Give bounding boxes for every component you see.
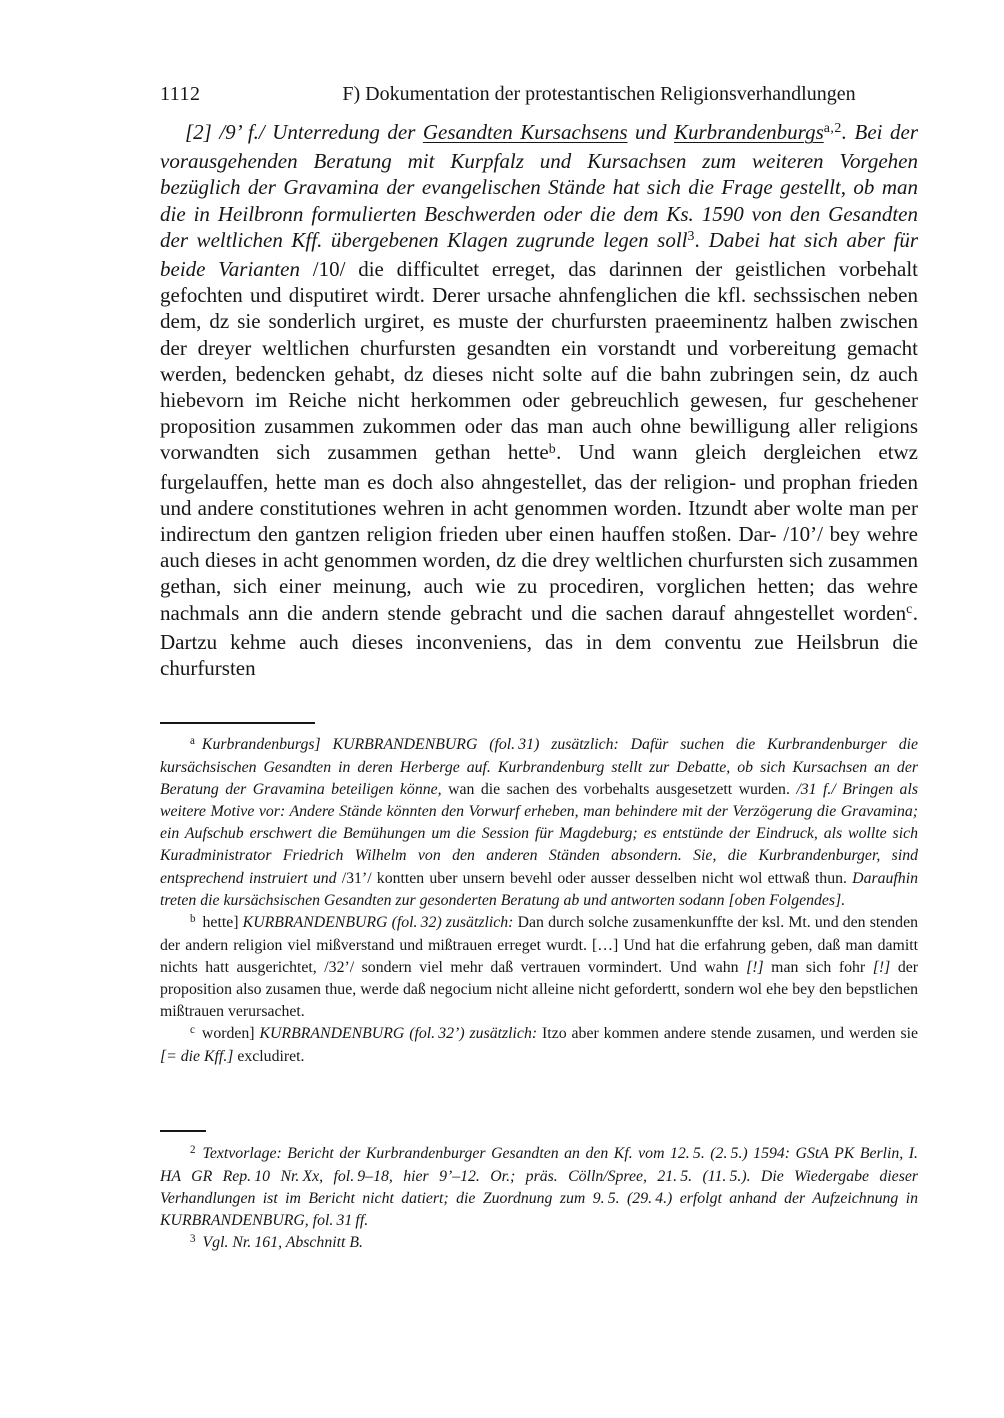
- footnote-2-marker: 2: [190, 1144, 196, 1156]
- footnote-c: cworden] KURBRANDENBURG (fol. 32’) zusät…: [160, 1023, 918, 1068]
- footnotes-letters-block: aKurbrandenburgs] KURBRANDENBURG (fol. 3…: [160, 734, 918, 1132]
- footnote-b-text: hette] KURBRANDENBURG (fol. 32) zusätzli…: [160, 914, 918, 1020]
- footnotes-numbers-block: 2Textvorlage: Bericht der Kurbrandenburg…: [160, 1143, 918, 1273]
- footnote-2: 2Textvorlage: Bericht der Kurbrandenburg…: [160, 1143, 918, 1232]
- footnote-2-text: Textvorlage: Bericht der Kurbrandenburge…: [160, 1145, 918, 1229]
- footnote-b: bhette] KURBRANDENBURG (fol. 32) zusätzl…: [160, 912, 918, 1023]
- footnote-separator-letters: [160, 722, 315, 724]
- book-page: 1112 F) Dokumentation der protestantisch…: [0, 0, 1004, 1418]
- page-number: 1112: [160, 82, 280, 106]
- footnote-a: aKurbrandenburgs] KURBRANDENBURG (fol. 3…: [160, 734, 918, 912]
- body-paragraph: [2] /9’ f./ Unterredung der Gesandten Ku…: [160, 119, 918, 704]
- footnote-3: 3Vgl. Nr. 161, Abschnitt B.: [160, 1232, 918, 1255]
- footnote-3-text: Vgl. Nr. 161, Abschnitt B.: [203, 1234, 363, 1251]
- footnote-c-marker: c: [190, 1024, 195, 1036]
- footnote-3-marker: 3: [190, 1233, 196, 1245]
- footnote-b-marker: b: [190, 913, 196, 925]
- footnote-a-marker: a: [190, 735, 195, 747]
- running-title: F) Dokumentation der protestantischen Re…: [280, 82, 918, 106]
- page-header: 1112 F) Dokumentation der protestantisch…: [160, 82, 918, 106]
- footnote-a-text: Kurbrandenburgs] KURBRANDENBURG (fol. 31…: [160, 736, 918, 909]
- footnote-c-text: worden] KURBRANDENBURG (fol. 32’) zusätz…: [160, 1025, 918, 1065]
- footnote-separator-numbers: [160, 1130, 206, 1132]
